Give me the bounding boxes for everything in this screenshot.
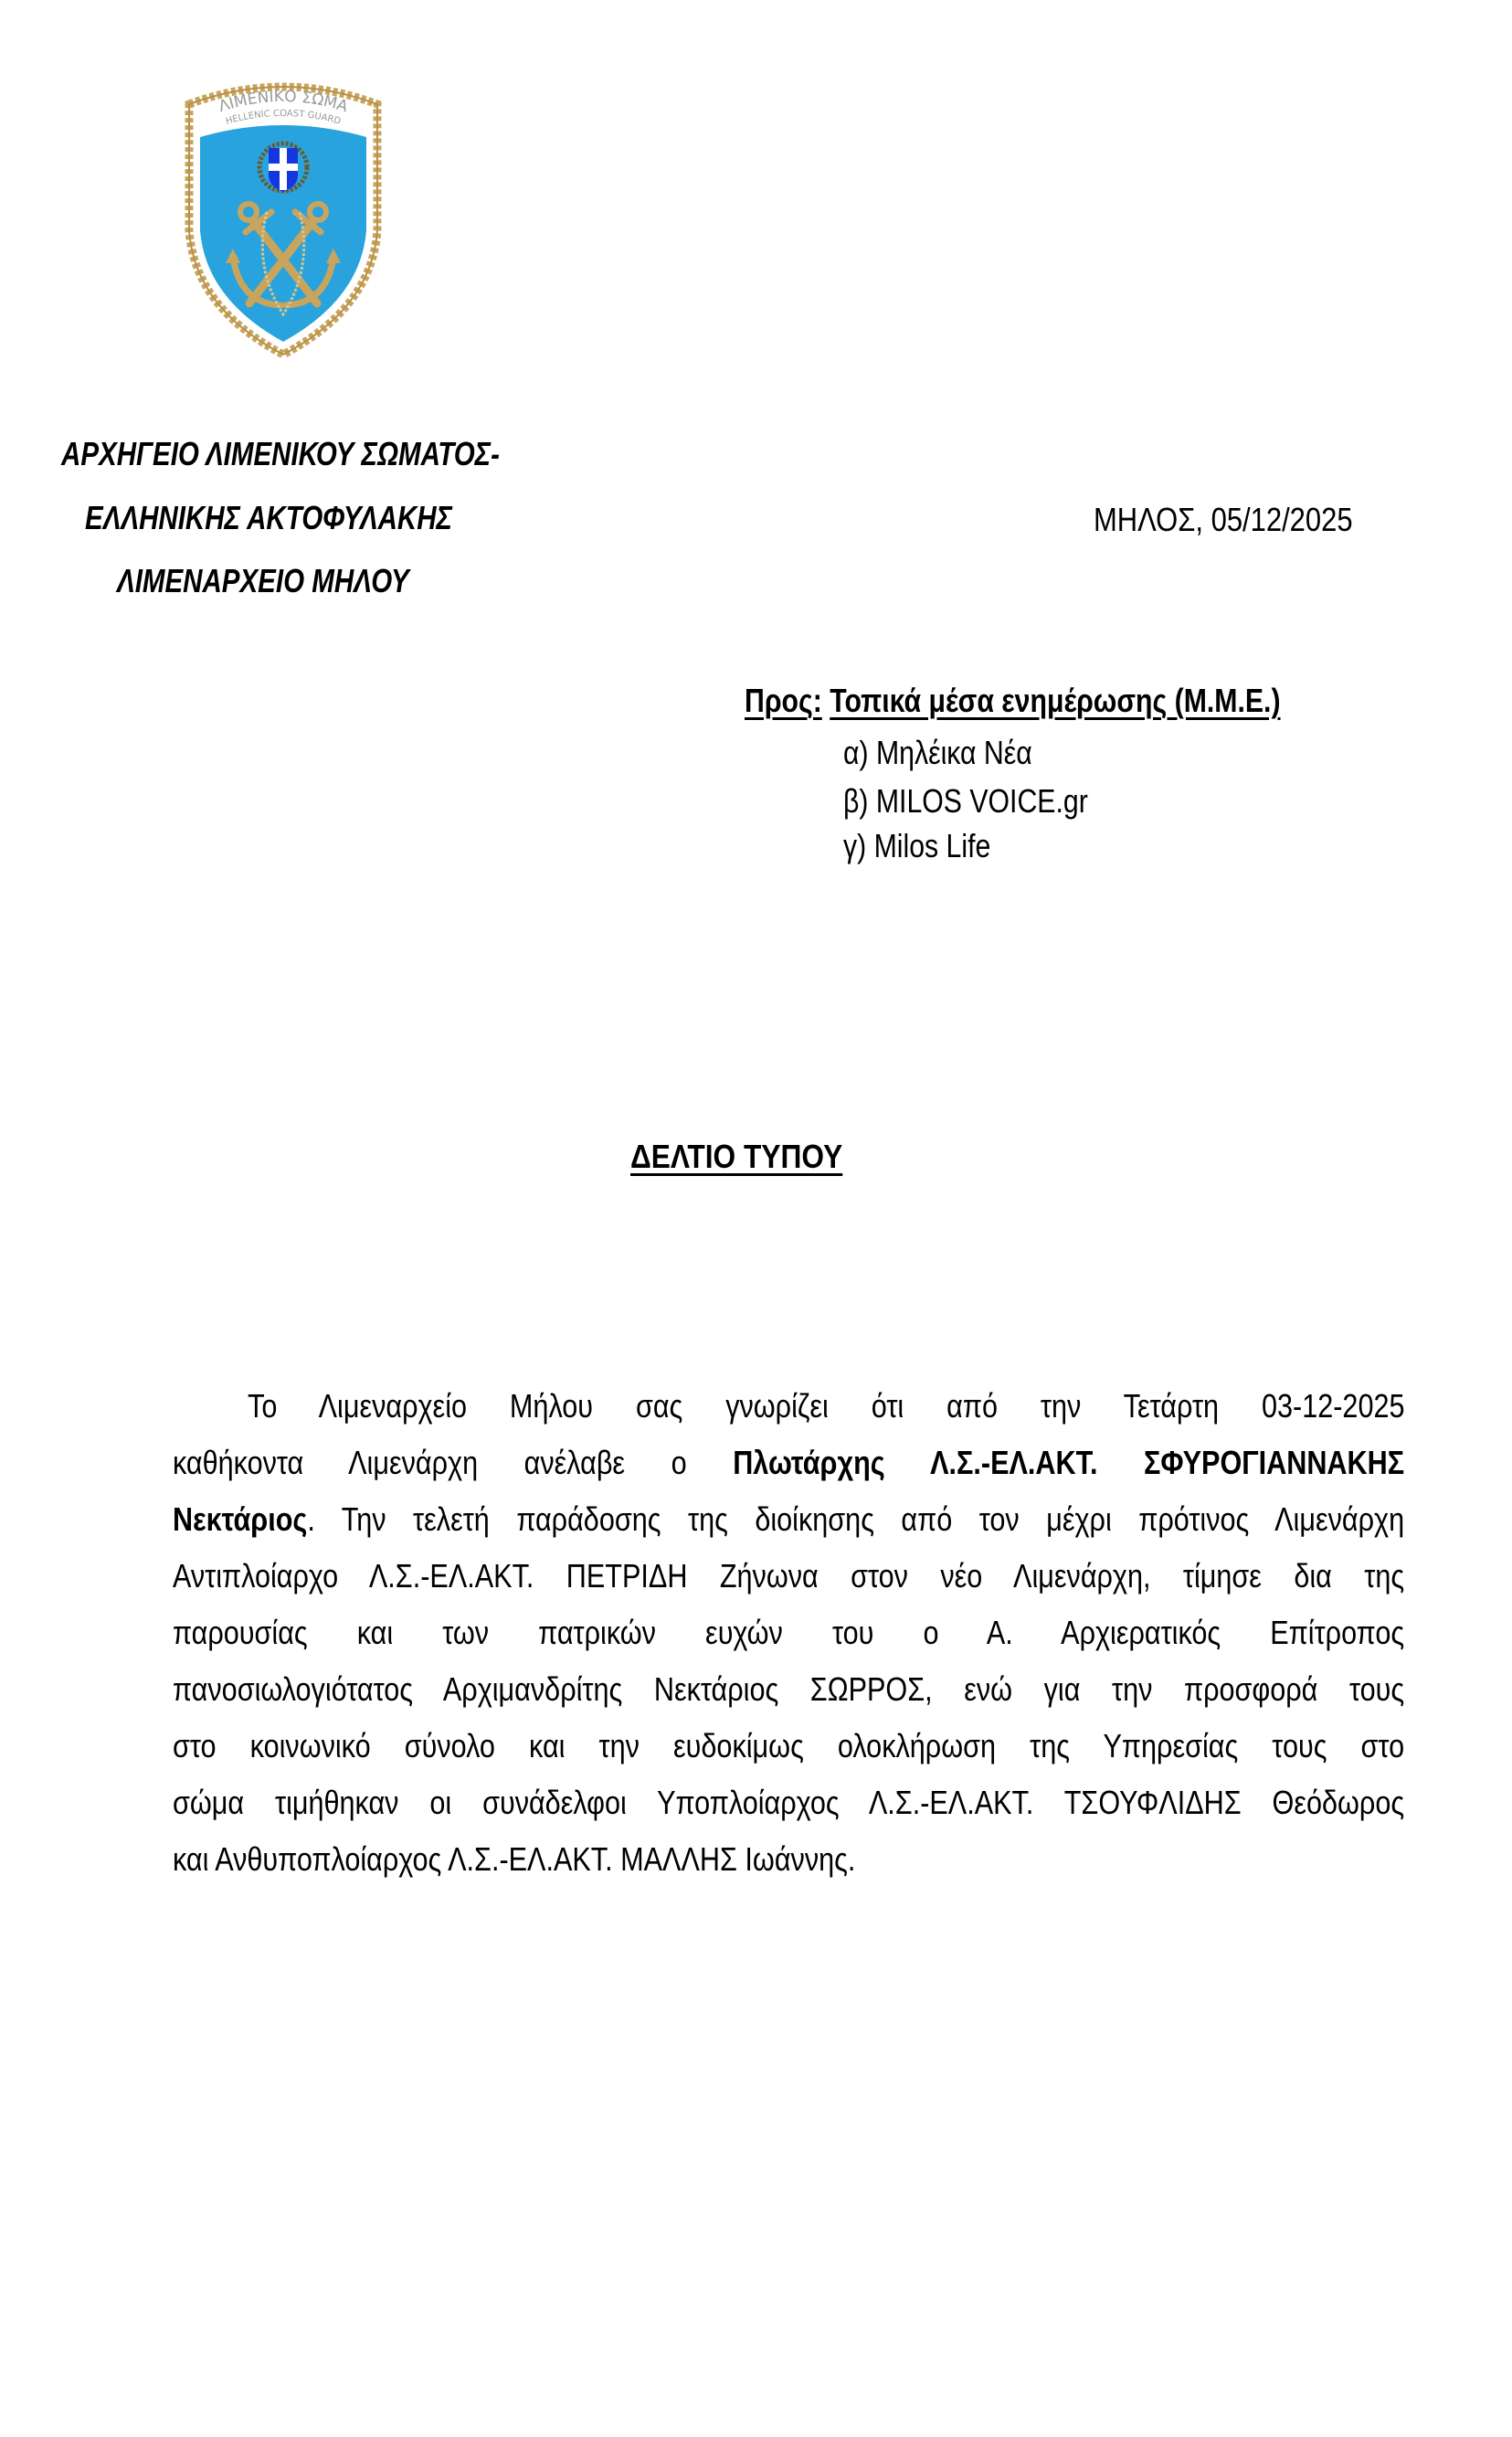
recipient-item: α) Μηλέικα Νέα: [843, 736, 1032, 769]
recipients-heading: Προς: Τοπικά μέσα ενημέρωσης (Μ.Μ.Ε.): [745, 684, 1281, 717]
body-line: πανοσιωλογιότατος Αρχιμανδρίτης Νεκτάριο…: [173, 1673, 1404, 1706]
body-text: καθήκοντα Λιμενάρχη ανέλαβε ο: [173, 1444, 733, 1481]
body-text: παρουσίας και των πατρικών ευχών του ο Α…: [173, 1614, 1404, 1651]
body-line: Νεκτάριος. Την τελετή παράδοσης της διοί…: [173, 1503, 1404, 1536]
body-text: Αντιπλοίαρχο Λ.Σ.-ΕΛ.ΑΚΤ. ΠΕΤΡΙΔΗ Ζήνωνα…: [173, 1557, 1404, 1595]
body-line: Το Λιμεναρχείο Μήλου σας γνωρίζει ότι απ…: [248, 1390, 1405, 1423]
recipient-item: γ) Milos Life: [843, 830, 990, 863]
body-line: σώμα τιμήθηκαν οι συνάδελφοι Υποπλοίαρχο…: [173, 1786, 1404, 1819]
body-text: πανοσιωλογιότατος Αρχιμανδρίτης Νεκτάριο…: [173, 1670, 1404, 1708]
hellenic-coast-guard-emblem-icon: ΛΙΜΕΝΙΚΟ ΣΩΜΑ HELLENIC COAST GUARD: [180, 75, 386, 359]
body-text: στο κοινωνικό σύνολο και την ευδοκίμως ο…: [173, 1727, 1404, 1764]
body-text: και Ανθυποπλοίαρχος Λ.Σ.-ΕΛ.ΑΚΤ. ΜΑΛΛΗΣ …: [173, 1840, 855, 1878]
body-bold-text: Νεκτάριος: [173, 1500, 307, 1538]
body-line: και Ανθυποπλοίαρχος Λ.Σ.-ΕΛ.ΑΚΤ. ΜΑΛΛΗΣ …: [173, 1843, 1404, 1876]
body-line: παρουσίας και των πατρικών ευχών του ο Α…: [173, 1616, 1404, 1649]
body-line: καθήκοντα Λιμενάρχη ανέλαβε ο Πλωτάρχης …: [173, 1446, 1404, 1479]
body-line: Αντιπλοίαρχο Λ.Σ.-ΕΛ.ΑΚΤ. ΠΕΤΡΙΔΗ Ζήνωνα…: [173, 1560, 1404, 1593]
body-line: στο κοινωνικό σύνολο και την ευδοκίμως ο…: [173, 1730, 1404, 1763]
body-text: σώμα τιμήθηκαν οι συνάδελφοι Υποπλοίαρχο…: [173, 1784, 1404, 1821]
body-text: Το Λιμεναρχείο Μήλου σας γνωρίζει ότι απ…: [248, 1387, 1405, 1425]
body-bold-text: Πλωτάρχης Λ.Σ.-ΕΛ.ΑΚΤ. ΣΦΥΡΟΓΙΑΝΝΑΚΗΣ: [733, 1444, 1404, 1481]
recipients-label: Προς:: [745, 682, 822, 719]
org-line-headquarters: ΑΡΧΗΓΕΙΟ ΛΙΜΕΝΙΚΟΥ ΣΩΜΑΤΟΣ-: [61, 438, 500, 471]
body-text: . Την τελετή παράδοσης της διοίκησης από…: [307, 1500, 1404, 1538]
recipients-title: Τοπικά μέσα ενημέρωσης (Μ.Μ.Ε.): [830, 682, 1280, 719]
org-line-port-authority: ΛΙΜΕΝΑΡΧΕΙΟ ΜΗΛΟΥ: [117, 565, 409, 598]
place-date: ΜΗΛΟΣ, 05/12/2025: [1094, 503, 1353, 536]
document-title: ΔΕΛΤΙΟ ΤΥΠΟΥ: [630, 1140, 842, 1173]
org-line-coast-guard: ΕΛΛΗΝΙΚΗΣ ΑΚΤΟΦΥΛΑΚΗΣ: [85, 502, 452, 535]
recipient-item: β) MILOS VOICE.gr: [843, 785, 1088, 818]
